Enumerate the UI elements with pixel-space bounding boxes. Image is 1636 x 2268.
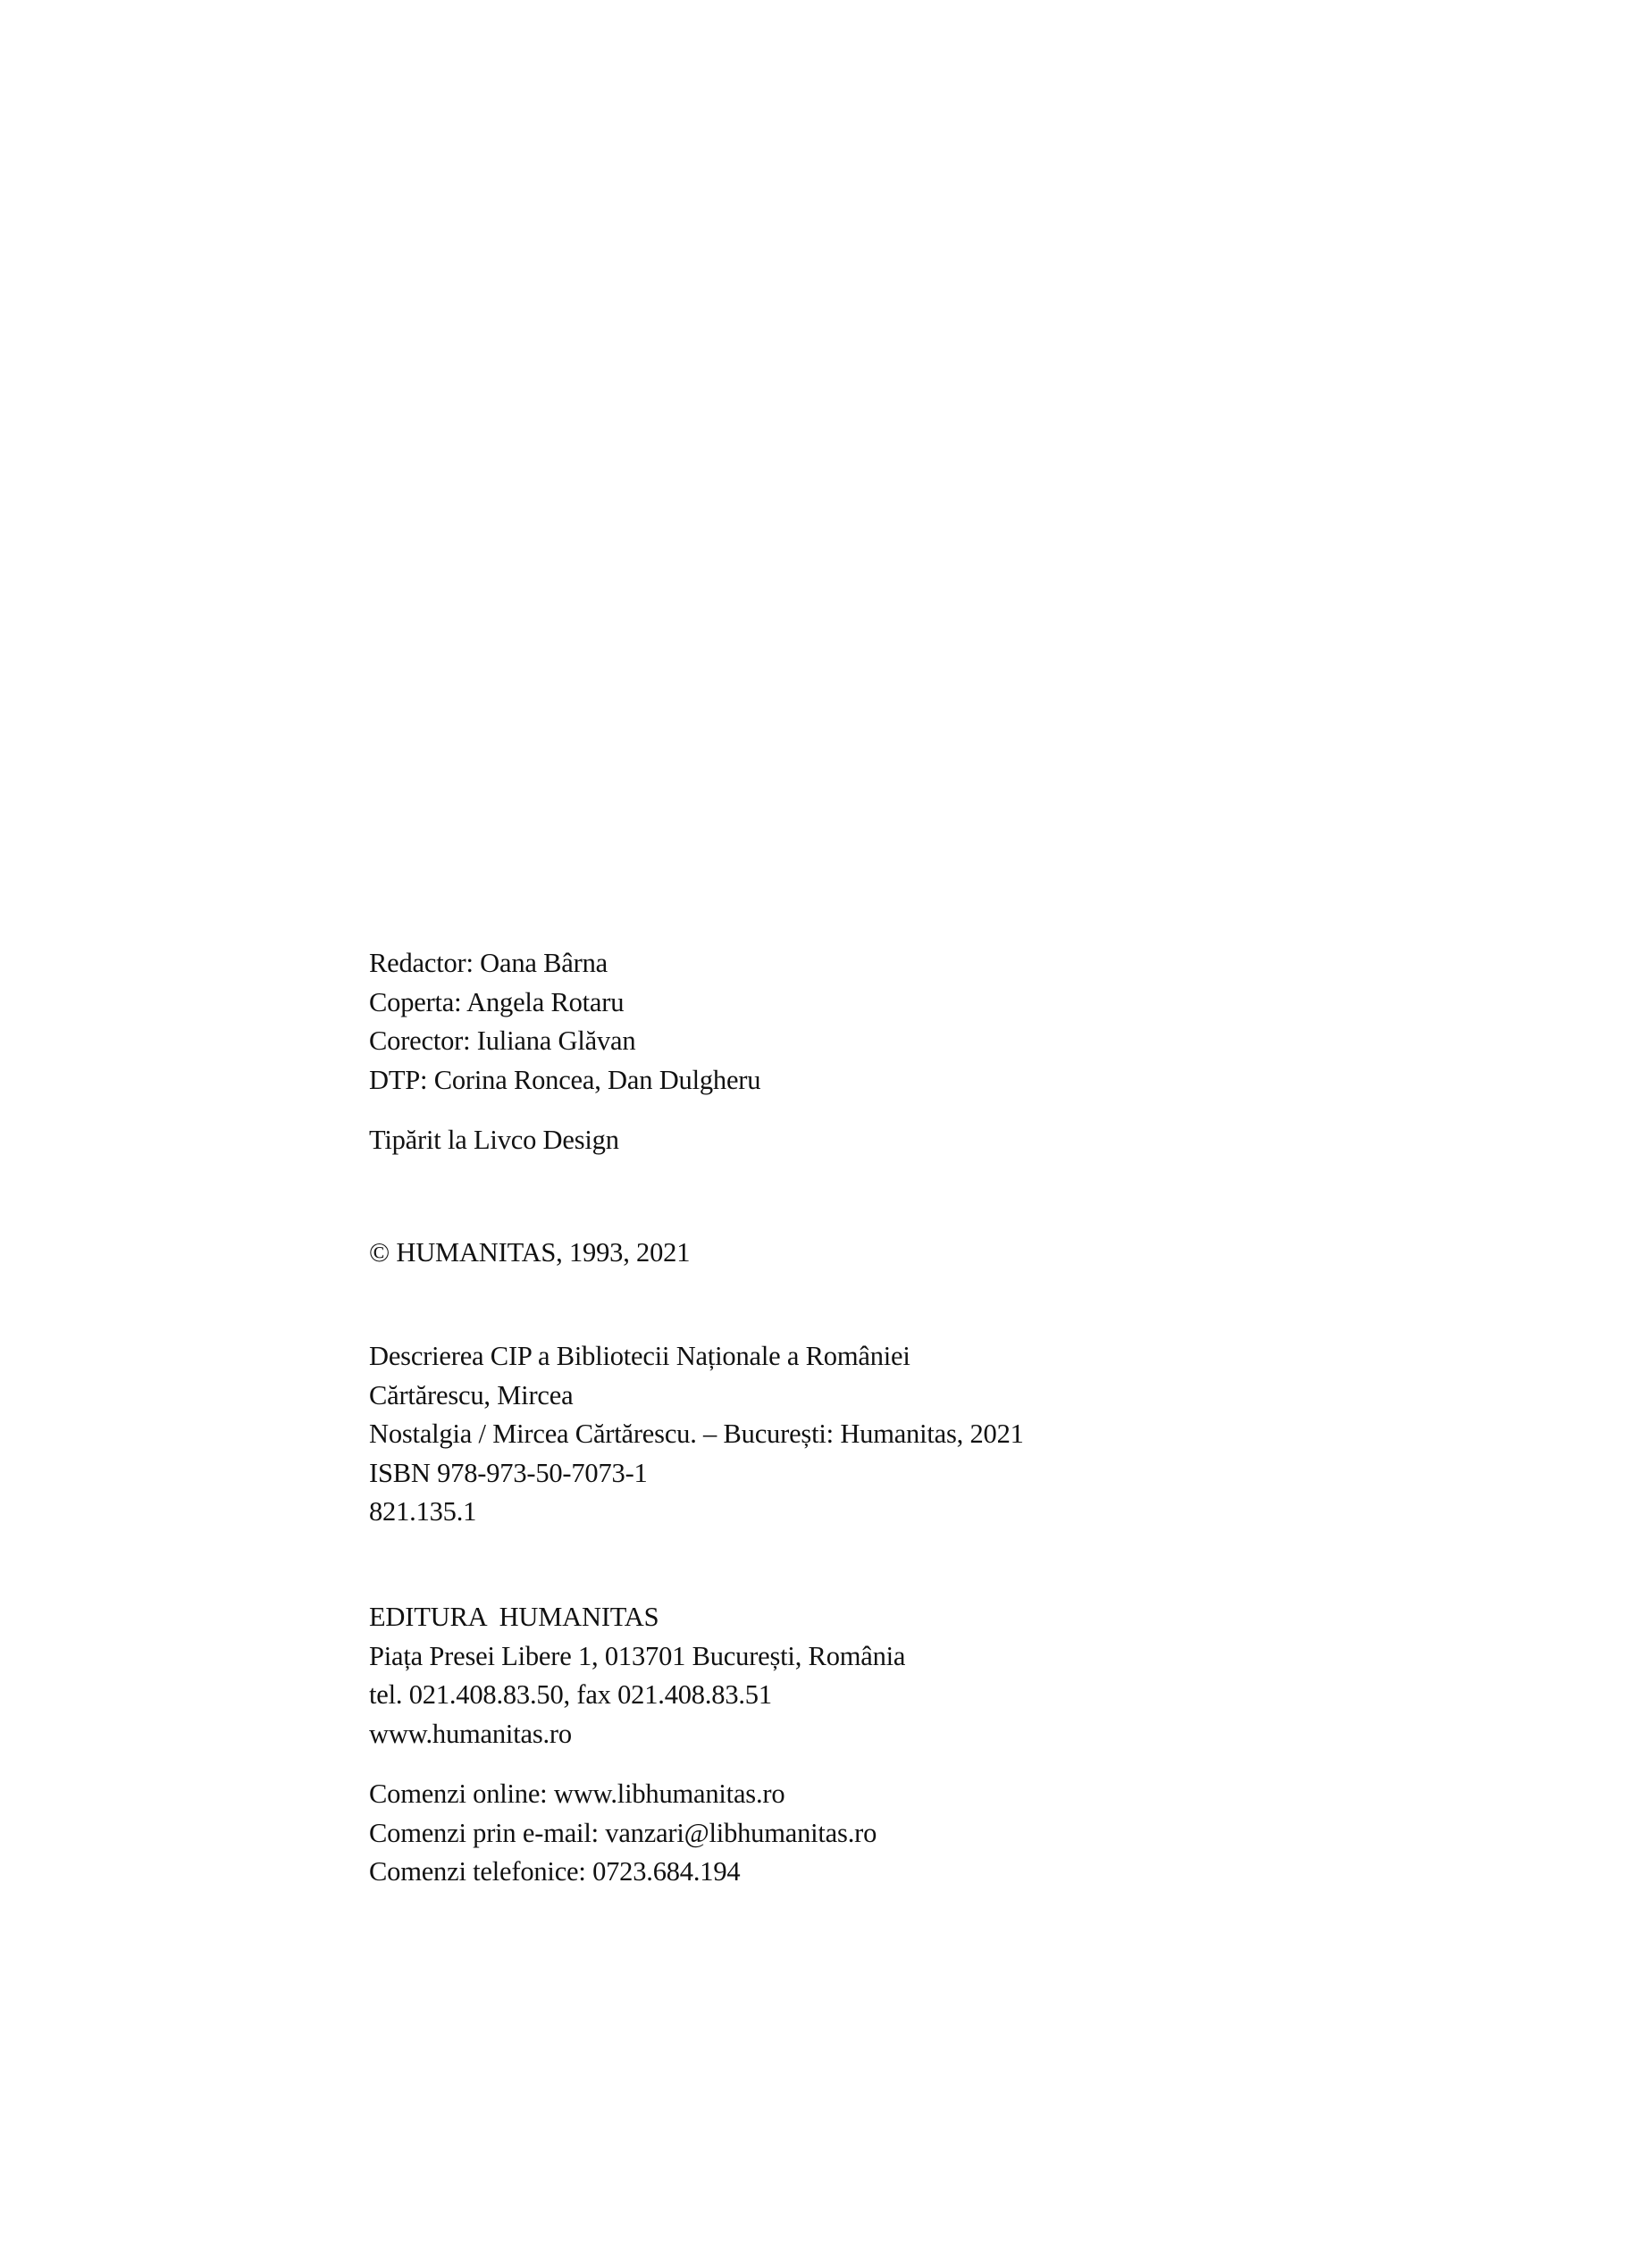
publisher-phone-fax: tel. 021.408.83.50, fax 021.408.83.51	[369, 1676, 905, 1715]
colophon-page: Redactor: Oana Bârna Coperta: Angela Rot…	[0, 0, 1636, 2268]
cip-description-block: Descrierea CIP a Bibliotecii Naționale a…	[369, 1337, 1024, 1532]
publisher-website: www.humanitas.ro	[369, 1715, 905, 1754]
orders-email: Comenzi prin e-mail: vanzari@libhumanita…	[369, 1814, 877, 1854]
credit-proofreader: Corector: Iuliana Glăvan	[369, 1022, 760, 1061]
cip-classification: 821.135.1	[369, 1493, 1024, 1532]
cip-title-line: Nostalgia / Mircea Cărtărescu. – Bucureș…	[369, 1415, 1024, 1454]
orders-phone: Comenzi telefonice: 0723.684.194	[369, 1853, 877, 1892]
printer-line: Tipărit la Livco Design	[369, 1121, 619, 1160]
cip-isbn: ISBN 978-973-50-7073-1	[369, 1454, 1024, 1494]
printer-block: Tipărit la Livco Design	[369, 1121, 619, 1160]
credit-editor: Redactor: Oana Bârna	[369, 944, 760, 983]
orders-online: Comenzi online: www.libhumanitas.ro	[369, 1775, 877, 1814]
publisher-block: EDITURA HUMANITAS Piața Presei Libere 1,…	[369, 1598, 905, 1753]
cip-heading: Descrierea CIP a Bibliotecii Naționale a…	[369, 1337, 1024, 1377]
copyright-block: © HUMANITAS, 1993, 2021	[369, 1234, 690, 1273]
cip-author: Cărtărescu, Mircea	[369, 1377, 1024, 1416]
orders-block: Comenzi online: www.libhumanitas.ro Come…	[369, 1775, 877, 1892]
publisher-name: EDITURA HUMANITAS	[369, 1598, 905, 1637]
publisher-address: Piața Presei Libere 1, 013701 București,…	[369, 1637, 905, 1677]
credit-dtp: DTP: Corina Roncea, Dan Dulgheru	[369, 1061, 760, 1101]
copyright-line: © HUMANITAS, 1993, 2021	[369, 1234, 690, 1273]
credit-cover: Coperta: Angela Rotaru	[369, 983, 760, 1023]
credits-block: Redactor: Oana Bârna Coperta: Angela Rot…	[369, 944, 760, 1100]
